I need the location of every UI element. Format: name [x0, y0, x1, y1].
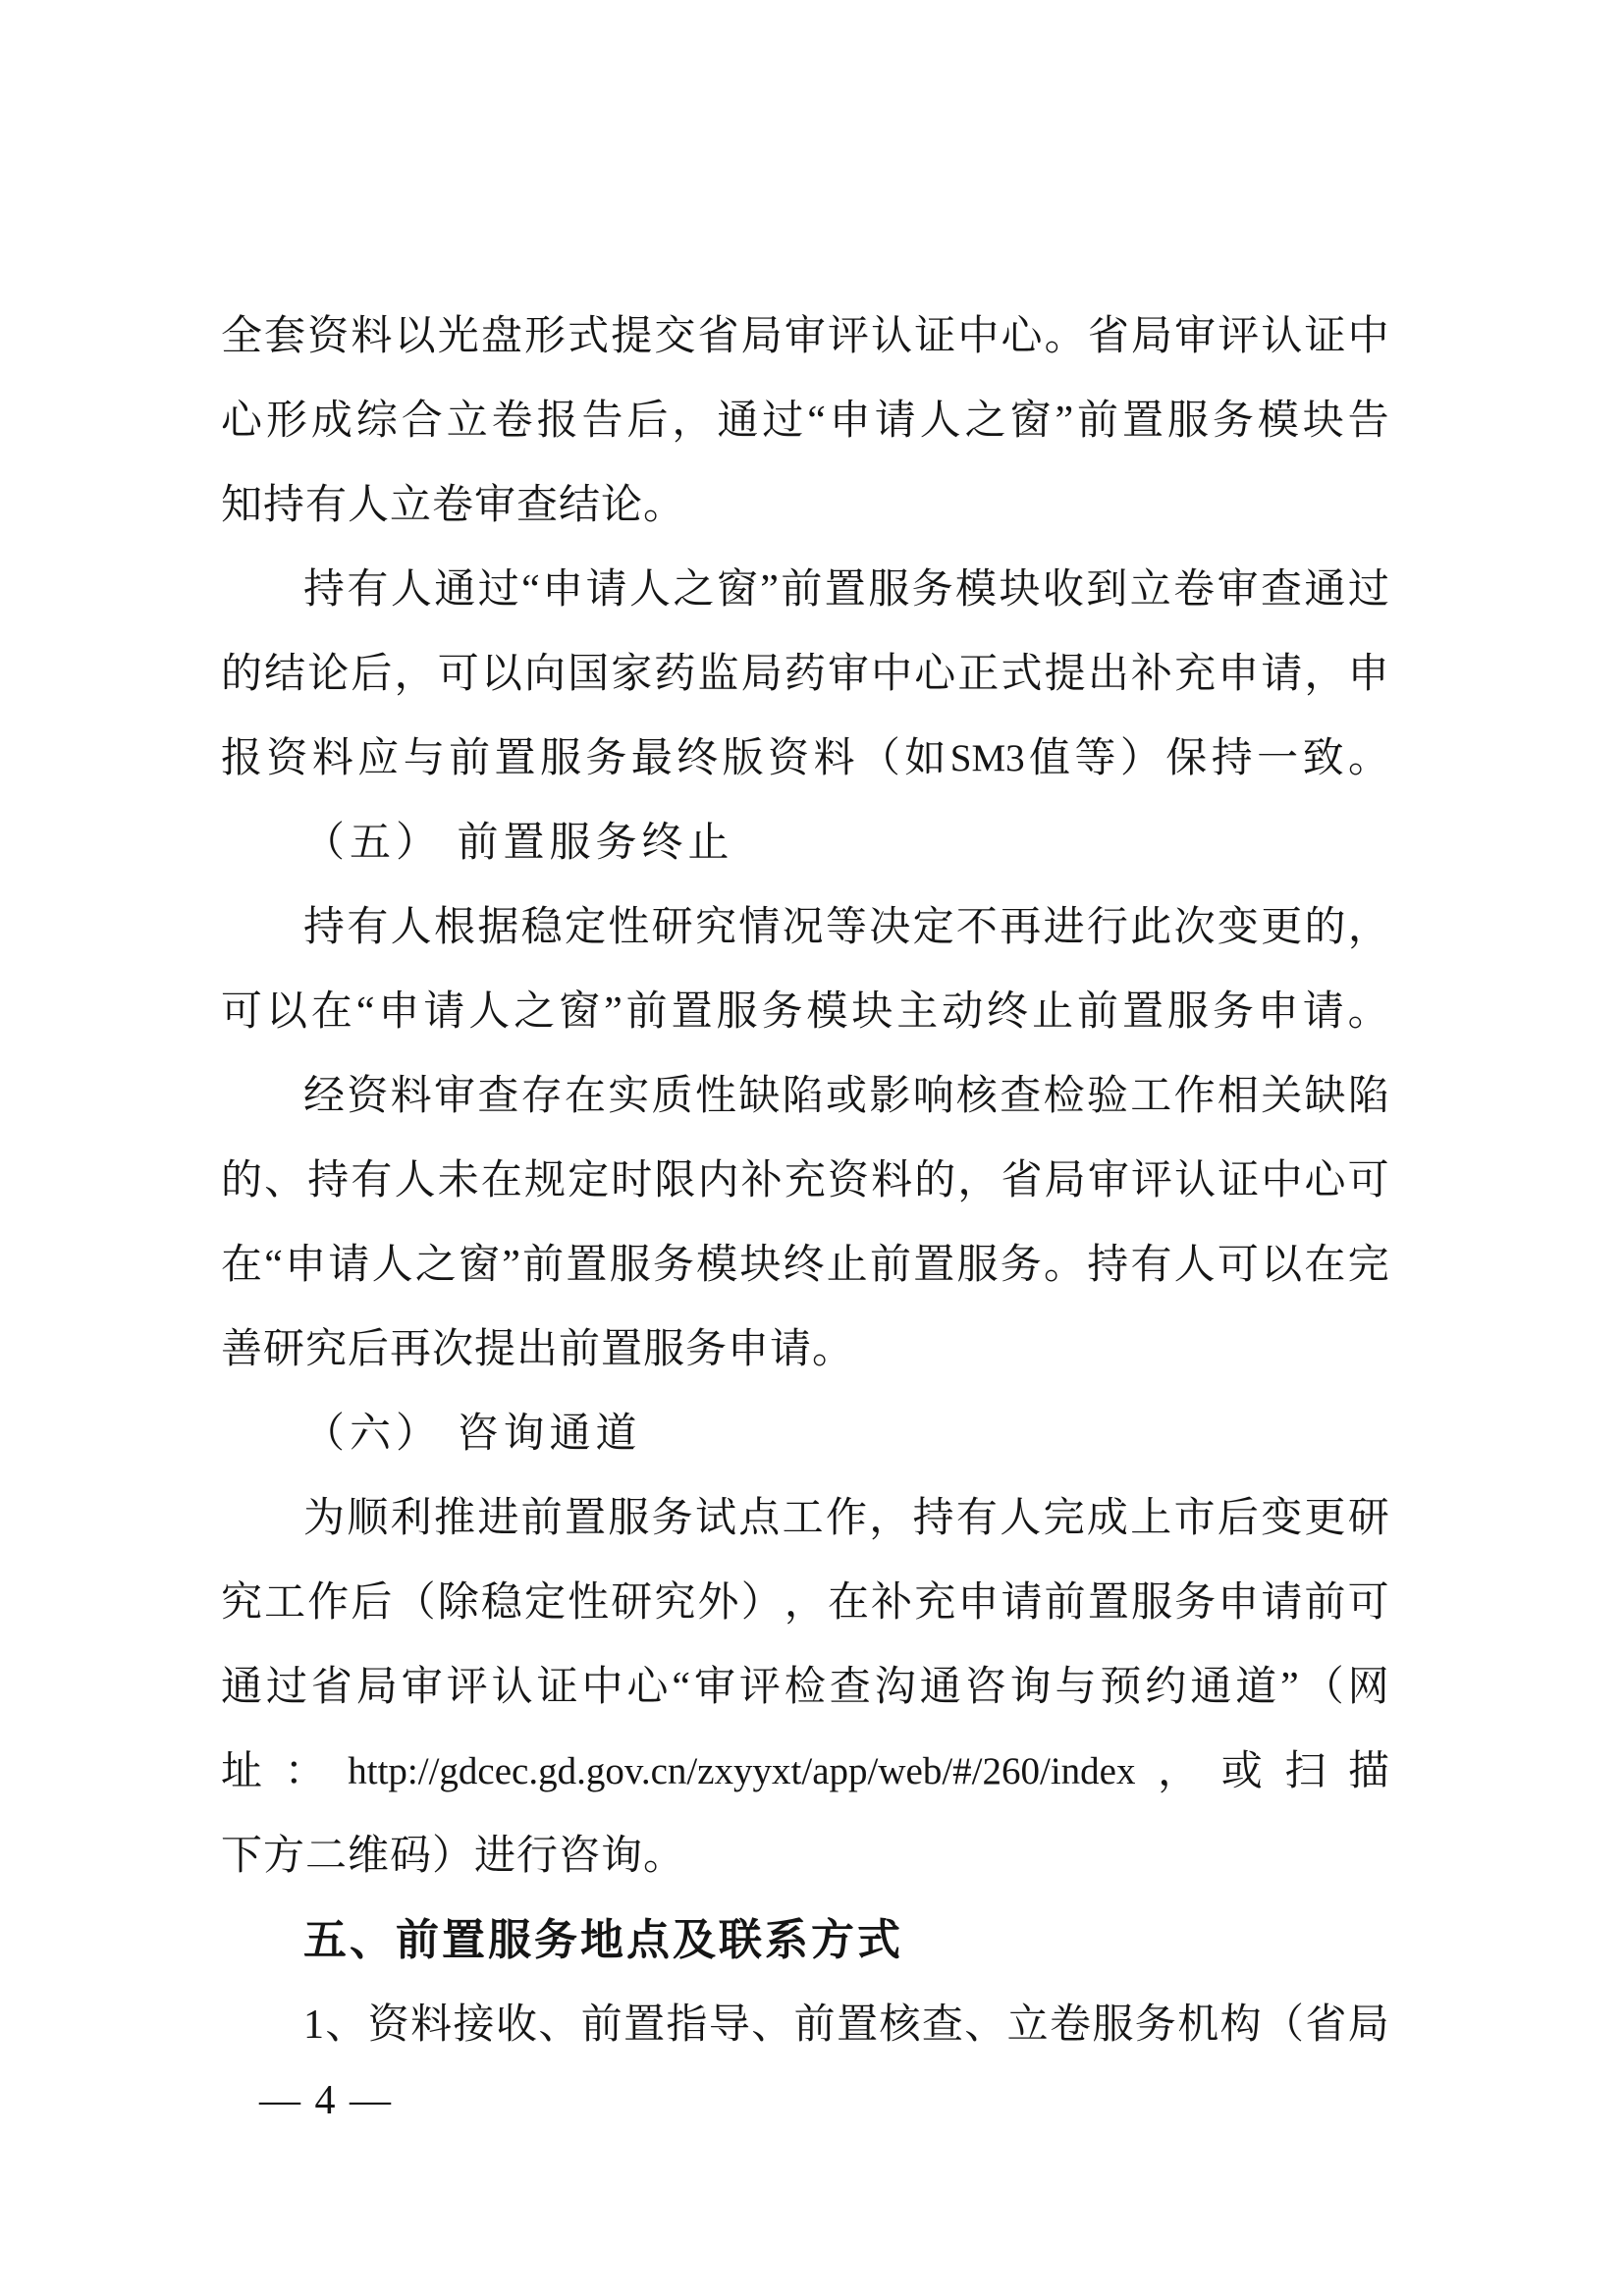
paragraph-4-line-1: 经资料审查存在实质性缺陷或影响核查检验工作相关缺陷 [221, 1054, 1389, 1139]
paragraph-3-line-2: 可以在“申请人之窗”前置服务模块主动终止前置服务申请。 [221, 970, 1389, 1054]
paragraph-1-line-2: 心形成综合立卷报告后，通过“申请人之窗”前置服务模块告 [221, 379, 1389, 463]
paragraph-6-line-1: 1、资料接收、前置指导、前置核查、立卷服务机构（省局 [221, 1983, 1389, 2067]
paragraph-5-line-5: 下方二维码）进行咨询。 [221, 1814, 1389, 1898]
paragraph-1-line-1: 全套资料以光盘形式提交省局审评认证中心。省局审评认证中 [221, 294, 1389, 379]
document-body: 全套资料以光盘形式提交省局审评认证中心。省局审评认证中 心形成综合立卷报告后，通… [221, 294, 1389, 2067]
chapter-heading-5: 五、前置服务地点及联系方式 [221, 1898, 1389, 1983]
paragraph-5-line-2: 究工作后（除稳定性研究外），在补充申请前置服务申请前可 [221, 1561, 1389, 1645]
paragraph-2-line-2: 的结论后，可以向国家药监局药审中心正式提出补充申请，申 [221, 632, 1389, 717]
paragraph-3-line-1: 持有人根据稳定性研究情况等决定不再进行此次变更的， [221, 885, 1389, 970]
paragraph-4-line-3: 在“申请人之窗”前置服务模块终止前置服务。持有人可以在完 [221, 1223, 1389, 1308]
section-heading-5: （五） 前置服务终止 [221, 801, 1389, 885]
paragraph-2-line-1: 持有人通过“申请人之窗”前置服务模块收到立卷审查通过 [221, 548, 1389, 632]
paragraph-5-line-1: 为顺利推进前置服务试点工作，持有人完成上市后变更研 [221, 1476, 1389, 1561]
paragraph-4-line-4: 善研究后再次提出前置服务申请。 [221, 1308, 1389, 1392]
paragraph-5-line-3: 通过省局审评认证中心“审评检查沟通咨询与预约通道”（网 [221, 1645, 1389, 1730]
paragraph-5-line-4-url: 址：http://gdcec.gd.gov.cn/zxyyxt/app/web/… [221, 1730, 1389, 1814]
paragraph-4-line-2: 的、持有人未在规定时限内补充资料的，省局审评认证中心可 [221, 1139, 1389, 1223]
paragraph-2-line-3: 报资料应与前置服务最终版资料（如SM3值等）保持一致。 [221, 717, 1389, 801]
paragraph-1-line-3: 知持有人立卷审查结论。 [221, 463, 1389, 548]
page-number: — 4 — [259, 2073, 393, 2128]
section-heading-6: （六） 咨询通道 [221, 1392, 1389, 1476]
